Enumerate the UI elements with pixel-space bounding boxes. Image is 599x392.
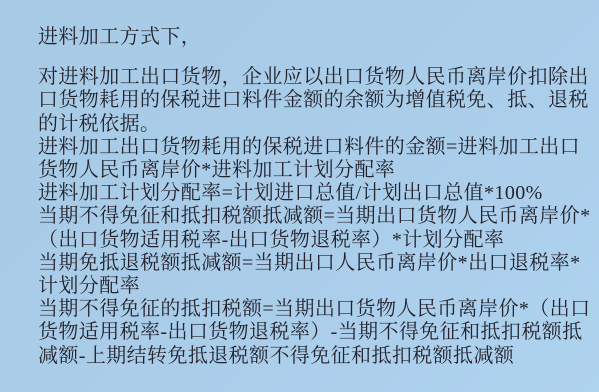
blank-line <box>38 49 579 66</box>
formula-line: 计划分配率 <box>38 275 579 298</box>
formula-line: 进料加工出口货物耗用的保税进口料件的金额=进料加工出口 <box>38 136 579 159</box>
text-line: 的计税依据。 <box>38 113 579 136</box>
slide-background: 进料加工方式下， 对进料加工出口货物，企业应以出口货物人民币离岸价扣除出 口货物… <box>0 0 599 392</box>
formula-line: 当期不得免征的抵扣税额=当期出口货物人民币离岸价*（出口 <box>38 298 579 321</box>
slide-text-block: 进料加工方式下， 对进料加工出口货物，企业应以出口货物人民币离岸价扣除出 口货物… <box>38 26 579 368</box>
formula-line: 进料加工计划分配率=计划进口总值/计划出口总值*100% <box>38 182 579 205</box>
formula-line: 当期不得免征和抵扣税额抵减额=当期出口货物人民币离岸价* <box>38 205 579 228</box>
formula-line: 货物人民币离岸价*进料加工计划分配率 <box>38 159 579 182</box>
formula-line: 当期免抵退税额抵减额=当期出口人民币离岸价*出口退税率* <box>38 252 579 275</box>
text-line: 对进料加工出口货物，企业应以出口货物人民币离岸价扣除出 <box>38 66 579 89</box>
formula-line: 货物适用税率-出口货物退税率）-当期不得免征和抵扣税额抵 <box>38 321 579 344</box>
formula-line: 减额-上期结转免抵退税额不得免征和抵扣税额抵减额 <box>38 345 579 368</box>
slide-title-line: 进料加工方式下， <box>38 26 579 49</box>
text-line: 口货物耗用的保税进口料件金额的余额为增值税免、抵、退税 <box>38 89 579 112</box>
formula-line: （出口货物适用税率-出口货物退税率）*计划分配率 <box>38 229 579 252</box>
